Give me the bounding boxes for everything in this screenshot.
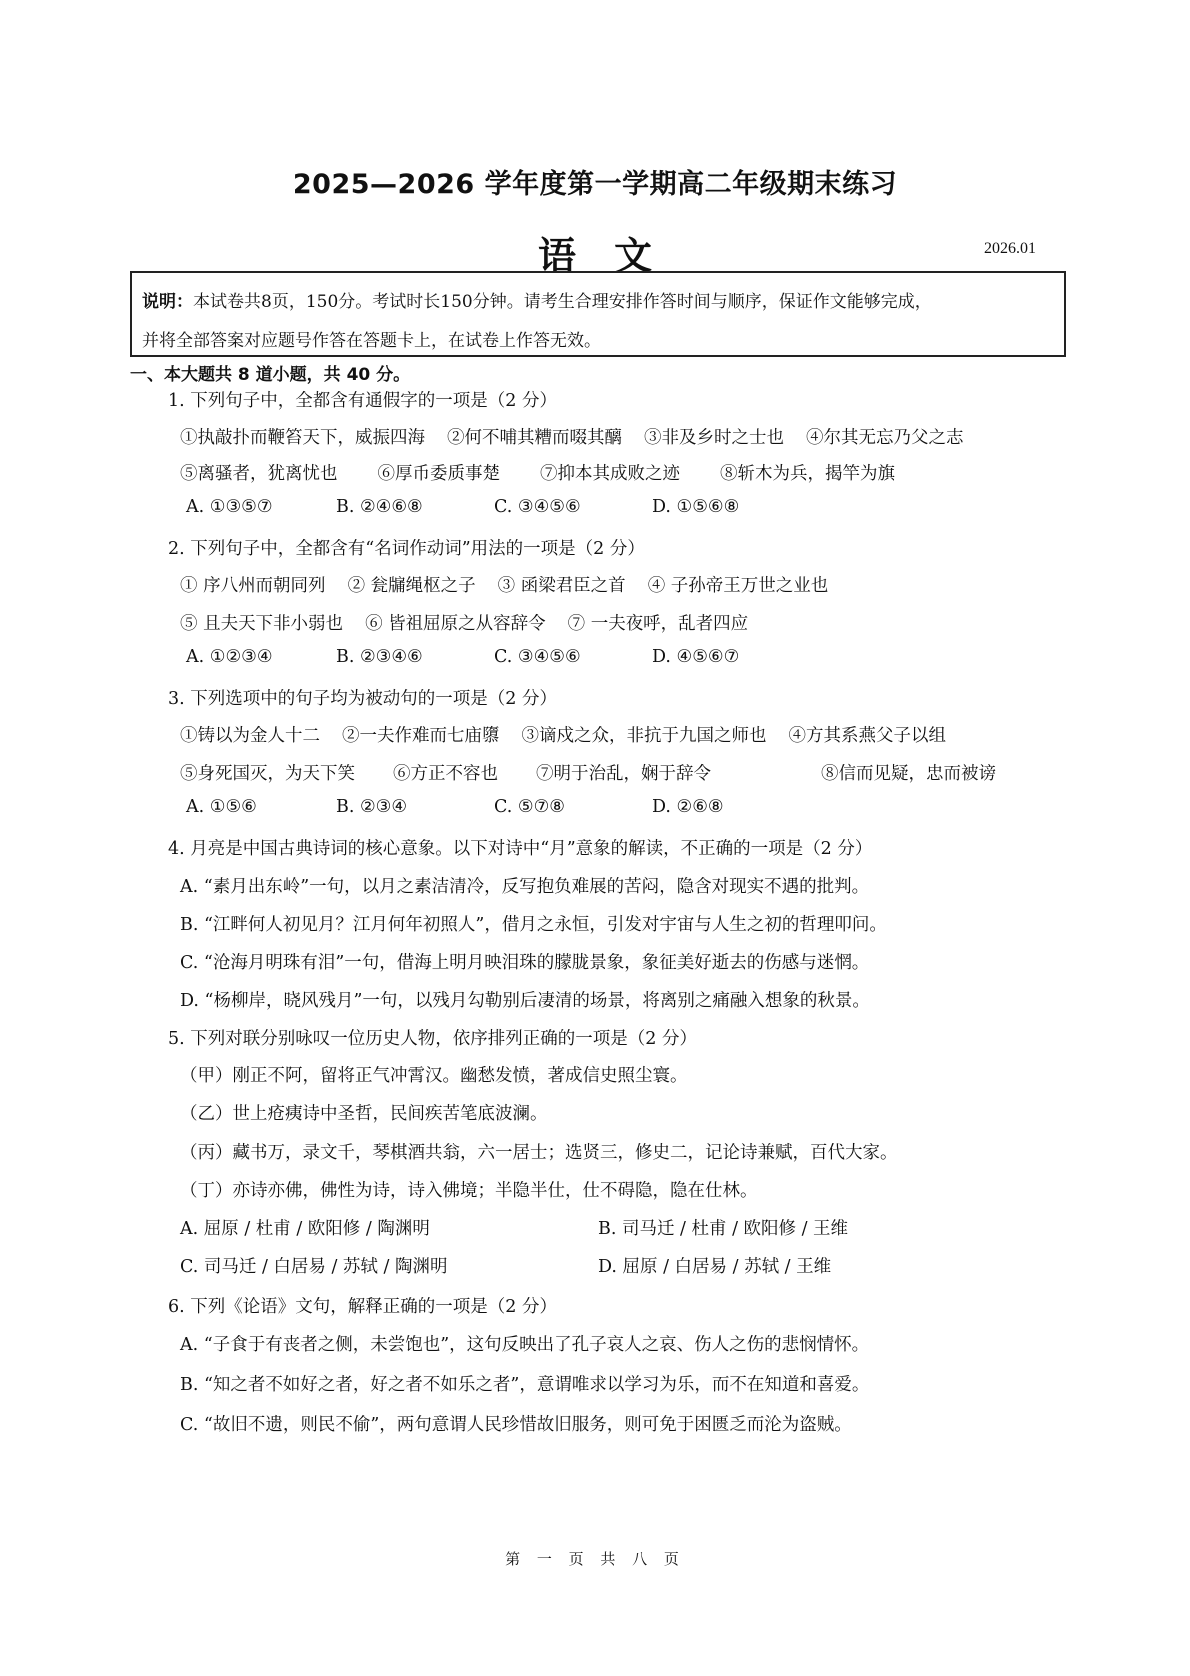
choice-a[interactable]: A. “素月出东岭”一句，以月之素洁清冷，反写抱负难展的苦闷，隐含对现实不遇的批… <box>180 873 869 898</box>
choice-b[interactable]: B. “江畔何人初见月？江月何年初照人”，借月之永恒，引发对宇宙与人生之初的哲理… <box>180 911 887 936</box>
q1-item: ⑥厚币委质事楚 <box>378 460 501 485</box>
question-2-items-row-2: ⑤ 且夫天下非小弱也⑥ 皆祖屈原之从容辞令⑦ 一夫夜呼，乱者四应 <box>180 610 770 635</box>
choice-a[interactable]: A. ①⑤⑥ <box>186 797 336 817</box>
couplet-yi: （乙）世上疮痍诗中圣哲，民间疾苦笔底波澜。 <box>180 1100 548 1125</box>
q3-item: ⑤身死国灭，为天下笑 <box>180 760 355 785</box>
choice-a[interactable]: A. “子食于有丧者之侧，未尝饱也”，这句反映出了孔子哀人之哀、伤人之伤的悲悯情… <box>180 1331 869 1356</box>
q3-item: ①铸以为金人十二 <box>180 722 320 747</box>
q3-item: ②一夫作难而七庙隳 <box>342 722 500 747</box>
q3-item: ④方其系燕父子以组 <box>789 722 947 747</box>
exam-title: 2025—2026 学年度第一学期高二年级期末练习 <box>0 162 1190 201</box>
q1-item: ②何不哺其糟而啜其醨 <box>447 424 622 449</box>
q1-item: ⑦抑本其成败之迹 <box>540 460 680 485</box>
choice-d[interactable]: D. ④⑤⑥⑦ <box>652 647 739 667</box>
question-6-stem: 6. 下列《论语》文句，解释正确的一项是（2 分） <box>168 1293 557 1318</box>
choice-c[interactable]: C. ⑤⑦⑧ <box>494 797 652 817</box>
instructions-box: 说明：本试卷共8页，150分。考试时长150分钟。请考生合理安排作答时间与顺序，… <box>130 271 1066 357</box>
q3-item: ⑦明于治乱，娴于辞令 <box>536 760 711 785</box>
q1-item: ⑤离骚者，犹离忧也 <box>180 460 338 485</box>
choice-b[interactable]: B. ②③④⑥ <box>336 647 494 667</box>
choice-c[interactable]: C. ③④⑤⑥ <box>494 497 652 517</box>
couplet-jia: （甲）刚正不阿，留将正气冲霄汉。幽愁发愤，著成信史照尘寰。 <box>180 1062 688 1087</box>
choice-b[interactable]: B. ②④⑥⑧ <box>336 497 494 517</box>
q2-item: ③ 函梁君臣之首 <box>498 572 626 597</box>
exam-date: 2026.01 <box>984 240 1036 258</box>
question-3-items-row-2: ⑤身死国灭，为天下笑⑥方正不容也⑦明于治乱，娴于辞令⑧信而见疑，忠而被谤 <box>180 760 1018 785</box>
q1-item: ⑧斩木为兵，揭竿为旗 <box>720 460 895 485</box>
question-5-stem: 5. 下列对联分别咏叹一位历史人物，依序排列正确的一项是（2 分） <box>168 1025 697 1050</box>
question-3-stem: 3. 下列选项中的句子均为被动句的一项是（2 分） <box>168 685 557 710</box>
page-number: 第 一 页 共 八 页 <box>0 1548 1190 1569</box>
question-2-choices: A. ①②③④B. ②③④⑥C. ③④⑤⑥D. ④⑤⑥⑦ <box>186 647 739 667</box>
q2-item: ① 序八州而朝同列 <box>180 572 326 597</box>
instructions-line-1: 说明：本试卷共8页，150分。考试时长150分钟。请考生合理安排作答时间与顺序，… <box>142 283 1054 322</box>
choice-c[interactable]: C. ③④⑤⑥ <box>494 647 652 667</box>
question-2-stem: 2. 下列句子中，全都含有“名词作动词”用法的一项是（2 分） <box>168 535 645 560</box>
choice-b[interactable]: B. ②③④ <box>336 797 494 817</box>
question-4-stem: 4. 月亮是中国古典诗词的核心意象。以下对诗中“月”意象的解读，不正确的一项是（… <box>168 835 872 860</box>
choice-a[interactable]: A. ①③⑤⑦ <box>186 497 336 517</box>
choice-d[interactable]: D. 屈原 / 白居易 / 苏轼 / 王维 <box>598 1257 831 1277</box>
q2-item: ⑦ 一夫夜呼，乱者四应 <box>568 610 749 635</box>
choice-b[interactable]: B. “知之者不如好之者，好之者不如乐之者”，意谓唯求以学习为乐，而不在知道和喜… <box>180 1371 869 1396</box>
choice-c[interactable]: C. “沧海月明珠有泪”一句，借海上明月映泪珠的朦胧景象，象征美好逝去的伤感与迷… <box>180 949 869 974</box>
couplet-bing: （丙）藏书万，录文千，琴棋酒共翁，六一居士；选贤三，修史二，记论诗兼赋，百代大家… <box>180 1139 898 1164</box>
choice-a[interactable]: A. ①②③④ <box>186 647 336 667</box>
question-1-choices: A. ①③⑤⑦B. ②④⑥⑧C. ③④⑤⑥D. ①⑤⑥⑧ <box>186 497 739 517</box>
question-2-items-row-1: ① 序八州而朝同列② 瓮牖绳枢之子③ 函梁君臣之首④ 子孙帝王万世之业也 <box>180 572 850 597</box>
question-3-choices: A. ①⑤⑥B. ②③④C. ⑤⑦⑧D. ②⑥⑧ <box>186 797 724 817</box>
choice-d[interactable]: D. “杨柳岸，晓风残月”一句，以残月勾勒别后凄清的场景，将离别之痛融入想象的秋… <box>180 987 870 1012</box>
question-1-stem: 1. 下列句子中，全都含有通假字的一项是（2 分） <box>168 387 557 412</box>
instructions-label: 说明： <box>142 292 193 312</box>
question-1-items-row-1: ①执敲扑而鞭笞天下，威振四海②何不哺其糟而啜其醨③非及乡时之士也④尔其无忘乃父之… <box>180 424 986 449</box>
choice-c[interactable]: C. 司马迁 / 白居易 / 苏轼 / 陶渊明 <box>180 1253 598 1278</box>
q2-item: ⑤ 且夫天下非小弱也 <box>180 610 343 635</box>
exam-page: 2025—2026 学年度第一学期高二年级期末练习 语文 2026.01 说明：… <box>0 0 1190 1676</box>
choice-d[interactable]: D. ①⑤⑥⑧ <box>652 497 739 517</box>
question-3-items-row-1: ①铸以为金人十二②一夫作难而七庙隳③谪戍之众，非抗于九国之师也④方其系燕父子以组 <box>180 722 968 747</box>
q2-item: ⑥ 皆祖屈原之从容辞令 <box>365 610 546 635</box>
choice-b[interactable]: B. 司马迁 / 杜甫 / 欧阳修 / 王维 <box>598 1219 848 1239</box>
question-5-choices-row-2: C. 司马迁 / 白居易 / 苏轼 / 陶渊明D. 屈原 / 白居易 / 苏轼 … <box>180 1253 831 1278</box>
q1-item: ③非及乡时之士也 <box>644 424 784 449</box>
q3-item: ⑧信而见疑，忠而被谤 <box>821 760 996 785</box>
q3-item: ⑥方正不容也 <box>393 760 498 785</box>
question-5-choices-row-1: A. 屈原 / 杜甫 / 欧阳修 / 陶渊明B. 司马迁 / 杜甫 / 欧阳修 … <box>180 1215 848 1240</box>
question-1-items-row-2: ⑤离骚者，犹离忧也⑥厚币委质事楚⑦抑本其成败之迹⑧斩木为兵，揭竿为旗 <box>180 460 917 485</box>
couplet-ding: （丁）亦诗亦佛，佛性为诗，诗入佛境；半隐半仕，仕不碍隐，隐在仕林。 <box>180 1177 758 1202</box>
q1-item: ④尔其无忘乃父之志 <box>806 424 964 449</box>
choice-c[interactable]: C. “故旧不遗，则民不偷”，两句意谓人民珍惜故旧服务，则可免于困匮乏而沦为盗贼… <box>180 1411 852 1436</box>
choice-a[interactable]: A. 屈原 / 杜甫 / 欧阳修 / 陶渊明 <box>180 1215 598 1240</box>
choice-d[interactable]: D. ②⑥⑧ <box>652 797 724 817</box>
instructions-line-2: 并将全部答案对应题号作答在答题卡上，在试卷上作答无效。 <box>142 322 1054 361</box>
q1-item: ①执敲扑而鞭笞天下，威振四海 <box>180 424 425 449</box>
q2-item: ④ 子孙帝王万世之业也 <box>648 572 829 597</box>
q3-item: ③谪戍之众，非抗于九国之师也 <box>522 722 767 747</box>
q2-item: ② 瓮牖绳枢之子 <box>348 572 476 597</box>
section-heading: 一、本大题共 8 道小题，共 40 分。 <box>130 360 410 385</box>
